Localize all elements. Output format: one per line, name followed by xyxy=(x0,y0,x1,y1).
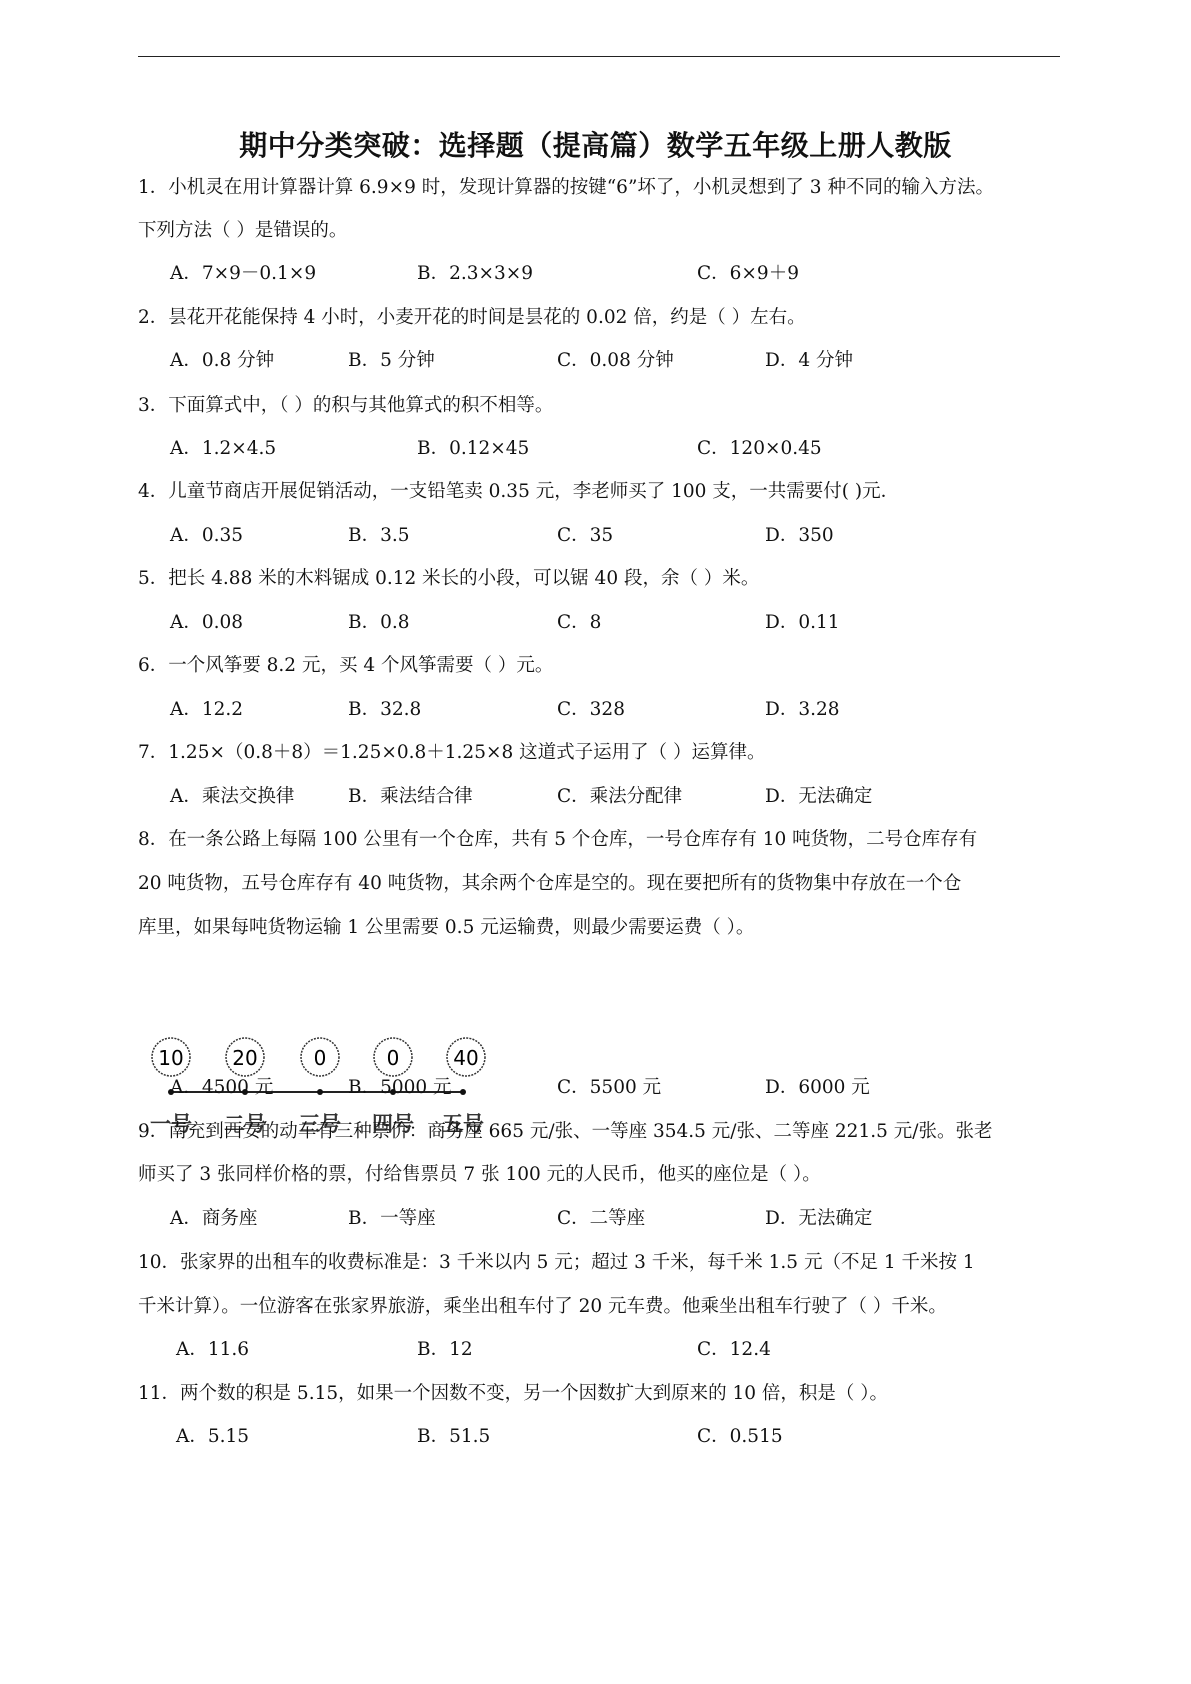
option-d[interactable]: D．无法确定 xyxy=(765,784,872,810)
question-10-line-2: 千米计算）。一位游客在张家界旅游，乘坐出租车付了 20 元车费。他乘坐出租车行驶… xyxy=(138,1294,947,1320)
option-a[interactable]: A．0.08 xyxy=(170,610,243,636)
question-8-line-2: 20 吨货物，五号仓库存有 40 吨货物，其余两个仓库是空的。现在要把所有的货物… xyxy=(138,871,961,897)
question-2-line-1: 2．昙花开花能保持 4 小时，小麦开花的时间是昙花的 0.02 倍，约是（ ）左… xyxy=(138,305,806,331)
question-4-options: A．0.35 B．3.5 C．35 D．350 xyxy=(0,523,1191,549)
option-b[interactable]: B．32.8 xyxy=(348,697,421,723)
option-c[interactable]: C．12.4 xyxy=(697,1337,771,1363)
option-a[interactable]: A．7×9－0.1×9 xyxy=(170,261,316,287)
option-c[interactable]: C．二等座 xyxy=(557,1206,645,1232)
question-7-line-1: 7．1.25×（0.8＋8）＝1.25×0.8＋1.25×8 这道式子运用了（ … xyxy=(138,740,766,766)
question-6-options: A．12.2 B．32.8 C．328 D．3.28 xyxy=(0,697,1191,723)
option-c[interactable]: C．328 xyxy=(557,697,625,723)
question-9-line-1: 9．南充到西安的动车有三种票价：商务座 665 元/张、一等座 354.5 元/… xyxy=(138,1119,993,1145)
option-b[interactable]: B．12 xyxy=(417,1337,473,1363)
option-b[interactable]: B．51.5 xyxy=(417,1424,490,1450)
option-b[interactable]: B．0.8 xyxy=(348,610,410,636)
question-1-line-2: 下列方法（ ）是错误的。 xyxy=(138,218,347,244)
question-9-line-2: 师买了 3 张同样价格的票，付给售票员 7 张 100 元的人民币，他买的座位是… xyxy=(138,1162,821,1188)
question-8-options: A．4500 元 B．5000 元 C．5500 元 D．6000 元 xyxy=(0,1075,1191,1101)
question-10-options: A．11.6 B．12 C．12.4 xyxy=(0,1337,1191,1363)
option-c[interactable]: C．6×9＋9 xyxy=(697,261,799,287)
option-b[interactable]: B．一等座 xyxy=(348,1206,436,1232)
question-9-options: A．商务座 B．一等座 C．二等座 D．无法确定 xyxy=(0,1206,1191,1232)
option-c[interactable]: C．0.08 分钟 xyxy=(557,348,674,374)
header-rule xyxy=(138,56,1060,57)
svg-text:0: 0 xyxy=(387,1046,400,1070)
option-a[interactable]: A．5.15 xyxy=(176,1424,249,1450)
option-c[interactable]: C．8 xyxy=(557,610,601,636)
option-d[interactable]: D．0.11 xyxy=(765,610,840,636)
question-4-line-1: 4．儿童节商店开展促销活动，一支铅笔卖 0.35 元，李老师买了 100 支，一… xyxy=(138,479,899,505)
svg-text:20: 20 xyxy=(232,1046,257,1070)
svg-text:40: 40 xyxy=(453,1046,478,1070)
question-5-options: A．0.08 B．0.8 C．8 D．0.11 xyxy=(0,610,1191,636)
option-d[interactable]: D．3.28 xyxy=(765,697,840,723)
question-8-line-1: 8．在一条公路上每隔 100 公里有一个仓库，共有 5 个仓库，一号仓库存有 1… xyxy=(138,827,977,853)
question-5-line-1: 5．把长 4.88 米的木料锯成 0.12 米长的小段，可以锯 40 段，余（ … xyxy=(138,566,759,592)
option-a[interactable]: A．商务座 xyxy=(170,1206,257,1232)
option-d[interactable]: D．350 xyxy=(765,523,834,549)
question-1-line-1: 1．小机灵在用计算器计算 6.9×9 时，发现计算器的按键“6”坏了，小机灵想到… xyxy=(138,175,994,201)
option-b[interactable]: B．乘法结合律 xyxy=(348,784,473,810)
question-6-line-1: 6．一个风筝要 8.2 元，买 4 个风筝需要（ ）元。 xyxy=(138,653,553,679)
option-a[interactable]: A．0.8 分钟 xyxy=(170,348,274,374)
option-a[interactable]: A．4500 元 xyxy=(170,1075,273,1101)
option-c[interactable]: C．0.515 xyxy=(697,1424,783,1450)
page-title: 期中分类突破：选择题（提高篇）数学五年级上册人教版 xyxy=(0,124,1191,164)
option-a[interactable]: A．11.6 xyxy=(176,1337,249,1363)
option-c[interactable]: C．乘法分配律 xyxy=(557,784,682,810)
option-c[interactable]: C．5500 元 xyxy=(557,1075,661,1101)
question-1-options: A．7×9－0.1×9 B．2.3×3×9 C．6×9＋9 xyxy=(0,261,1191,287)
question-11-options: A．5.15 B．51.5 C．0.515 xyxy=(0,1424,1191,1450)
option-d[interactable]: D．4 分钟 xyxy=(765,348,853,374)
svg-text:0: 0 xyxy=(314,1046,327,1070)
option-b[interactable]: B．0.12×45 xyxy=(417,436,529,462)
option-d[interactable]: D．6000 元 xyxy=(765,1075,870,1101)
question-7-options: A．乘法交换律 B．乘法结合律 C．乘法分配律 D．无法确定 xyxy=(0,784,1191,810)
question-3-options: A．1.2×4.5 B．0.12×45 C．120×0.45 xyxy=(0,436,1191,462)
option-c[interactable]: C．35 xyxy=(557,523,613,549)
question-8-line-3: 库里，如果每吨货物运输 1 公里需要 0.5 元运输费，则最少需要运费（ ）。 xyxy=(138,915,754,941)
option-c[interactable]: C．120×0.45 xyxy=(697,436,822,462)
option-b[interactable]: B．5000 元 xyxy=(348,1075,452,1101)
option-a[interactable]: A．乘法交换律 xyxy=(170,784,294,810)
option-b[interactable]: B．2.3×3×9 xyxy=(417,261,533,287)
question-11-line-1: 11．两个数的积是 5.15，如果一个因数不变，另一个因数扩大到原来的 10 倍… xyxy=(138,1381,888,1407)
option-a[interactable]: A．1.2×4.5 xyxy=(170,436,276,462)
svg-text:10: 10 xyxy=(158,1046,183,1070)
question-10-line-1: 10．张家界的出租车的收费标准是：3 千米以内 5 元；超过 3 千米，每千米 … xyxy=(138,1250,975,1276)
option-a[interactable]: A．0.35 xyxy=(170,523,243,549)
option-b[interactable]: B．5 分钟 xyxy=(348,348,435,374)
option-a[interactable]: A．12.2 xyxy=(170,697,243,723)
question-3-line-1: 3．下面算式中，（ ）的积与其他算式的积不相等。 xyxy=(138,393,553,419)
question-2-options: A．0.8 分钟 B．5 分钟 C．0.08 分钟 D．4 分钟 xyxy=(0,348,1191,374)
option-d[interactable]: D．无法确定 xyxy=(765,1206,872,1232)
option-b[interactable]: B．3.5 xyxy=(348,523,410,549)
